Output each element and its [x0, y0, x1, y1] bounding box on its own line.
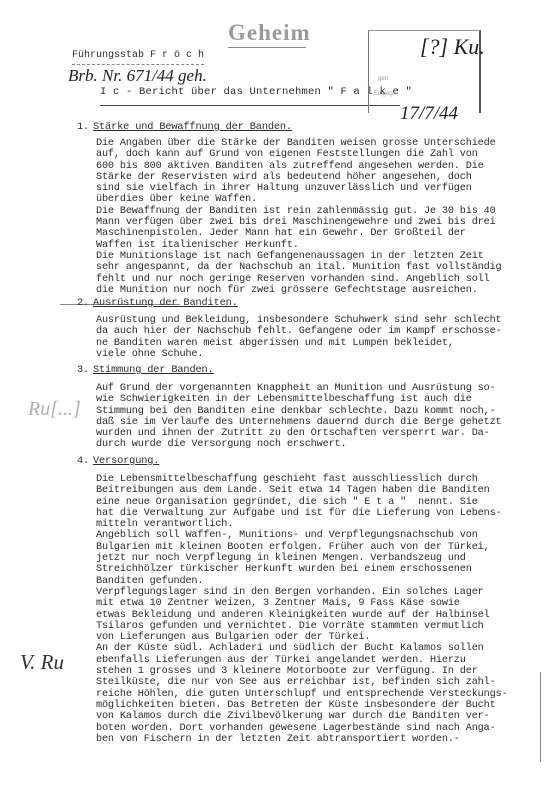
section-title: Versorgung.: [93, 455, 159, 467]
text-line: viele ohne Schuhe.: [96, 349, 556, 360]
margin-note-handwritten: Ru[...]: [28, 398, 81, 421]
text-line: Banditen gefunden.: [96, 576, 556, 587]
text-line: ben von Fischern in der letzten Zeit abt…: [96, 734, 556, 745]
margin-signature: V. Ru: [20, 650, 64, 675]
text-line: überdies über keine Waffen.: [96, 194, 556, 205]
text-line: wie Schwierigkeiten in der Lebensmittelb…: [96, 394, 556, 405]
text-line: Die Lebensmittelbeschaffung geschieht fa…: [96, 474, 556, 485]
text-line: sehr angespannt, da der Nachschub an ita…: [96, 262, 556, 273]
section-2-heading: 2.Ausrüstung der Banditen.: [77, 298, 238, 309]
reference-number: Brb. Nr. 671/44 geh.: [68, 66, 207, 86]
text-line: da auch hier der Nachschub fehlt. Gefang…: [96, 326, 556, 337]
section-number: 3.: [77, 365, 93, 376]
text-line: boten worden. Dort vorhanden gewesene La…: [96, 723, 556, 734]
text-line: Ausrüstung und Bekleidung, insbesondere …: [96, 315, 556, 326]
text-line: Bulgarien mit kleinen Booten erfolgen. F…: [96, 542, 556, 553]
section-2-body: Ausrüstung und Bekleidung, insbesondere …: [96, 315, 556, 360]
section-title: Ausrüstung der Banditen.: [93, 297, 238, 309]
text-line: Angeblich soll Waffen-, Munitions- und V…: [96, 530, 556, 541]
text-line: hat die Verwaltung zur Aufgabe und ist f…: [96, 508, 556, 519]
text-line: jetzt nur noch Verpflegung in kleinen Me…: [96, 553, 556, 564]
text-line: Die Munitionslage ist nach Gefangenenaus…: [96, 251, 556, 262]
section-3-heading: 3.Stimmung der Banden.: [77, 365, 214, 376]
text-line: Die Angaben über die Stärke der Banditen…: [96, 138, 556, 149]
text-line: Waffen ist italienischer Herkunft.: [96, 240, 556, 251]
unit-underline: [72, 64, 204, 65]
report-title: I c - Bericht über das Unternehmen " F a…: [100, 87, 412, 98]
section-4-body: Die Lebensmittelbeschaffung geschieht fa…: [96, 474, 556, 745]
section-4-heading: 4.Versorgung.: [77, 456, 159, 467]
text-line: wurden und ihnen der Zutritt zu den Orts…: [96, 428, 556, 439]
text-line: von Kalamos durch die Zivilbevölkerung w…: [96, 711, 556, 722]
text-line: Mann verfügen über zwei bis drei Maschin…: [96, 217, 556, 228]
title-rule: [100, 105, 400, 106]
text-line: stehen 1 grosses und 3 kleinere Motorboo…: [96, 666, 556, 677]
section-number: 2.: [77, 298, 93, 309]
receipt-initials: [?] Ku.: [420, 34, 485, 60]
section-number: 1.: [77, 122, 93, 133]
text-line: Tsilaros gefunden und vernichtet. Die Vo…: [96, 621, 556, 632]
text-line: An der Küste südl. Achladeri und südlich…: [96, 643, 556, 654]
margin-side-bar: [540, 672, 541, 762]
text-line: ne Banditen waren meist abgerissen und m…: [96, 338, 556, 349]
section-title: Stärke und Bewaffnung der Banden.: [93, 121, 292, 133]
text-line: Stärke der Reservisten wird als bedeuten…: [96, 172, 556, 183]
text-line: eine neue Organisation gegründet, die si…: [96, 497, 556, 508]
text-line: Stimmung bei den Banditen eine denkbar s…: [96, 406, 556, 417]
section-number: 4.: [77, 456, 93, 467]
text-line: mitteln verantwortlich.: [96, 519, 556, 530]
text-line: etwas Bekleidung und anderen Kleinigkeit…: [96, 610, 556, 621]
text-line: die Munition nur noch für zwei grössere …: [96, 285, 556, 296]
section-title: Stimmung der Banden.: [93, 364, 214, 376]
text-line: Maschinenpistolen. Jeder Mann hat ein Ge…: [96, 228, 556, 239]
issuing-unit: Führungsstab F r ö c h: [72, 50, 204, 61]
text-line: Beitreibungen aus dem Lande. Seit etwa 1…: [96, 485, 556, 496]
section-1-heading: 1.Stärke und Bewaffnung der Banden.: [77, 122, 292, 133]
section-1-body: Die Angaben über die Stärke der Banditen…: [96, 138, 556, 296]
classification-stamp: Geheim: [228, 20, 306, 48]
receipt-label-datum: gen:: [378, 76, 390, 82]
receipt-label-eingeg: Eingeg.:: [374, 91, 396, 97]
text-line: 600 bis 800 aktiven Banditen als zutreff…: [96, 161, 556, 172]
receipt-date: 17/7/44: [400, 103, 458, 125]
text-line: auf, doch kann auf Grund von eigenen Fes…: [96, 149, 556, 160]
text-line: von Lieferungen aus Bulgarien oder der T…: [96, 632, 556, 643]
text-line: Die Bewaffnung der Banditen ist rein zah…: [96, 206, 556, 217]
text-line: Auf Grund der vorgenannten Knappheit an …: [96, 383, 556, 394]
text-line: durch wurde die Versorgung noch erschwer…: [96, 439, 556, 450]
text-line: Streichhölzer türkischer Herkunft wurden…: [96, 564, 556, 575]
text-line: fehlt und nur noch geringe Reserven vorh…: [96, 274, 556, 285]
text-line: sind sie vielfach in ihrer Haltung unzuv…: [96, 183, 556, 194]
text-line: Verpflegungslager sind in den Bergen vor…: [96, 587, 556, 598]
text-line: mit etwa 10 Zentner Weizen, 3 Zentner Ma…: [96, 598, 556, 609]
text-line: reiche Höhlen, die guten Unterschlupf un…: [96, 689, 556, 700]
section-3-body: Auf Grund der vorgenannten Knappheit an …: [96, 383, 556, 451]
text-line: Steilküste, die nur von See aus erreichb…: [96, 677, 556, 688]
text-line: ebenfalls Lieferungen aus der Türkei ang…: [96, 655, 556, 666]
text-line: möglichkeiten bieten. Das Betreten der K…: [96, 700, 556, 711]
text-line: daß sie im Verlaufe des Unternehmens dau…: [96, 417, 556, 428]
